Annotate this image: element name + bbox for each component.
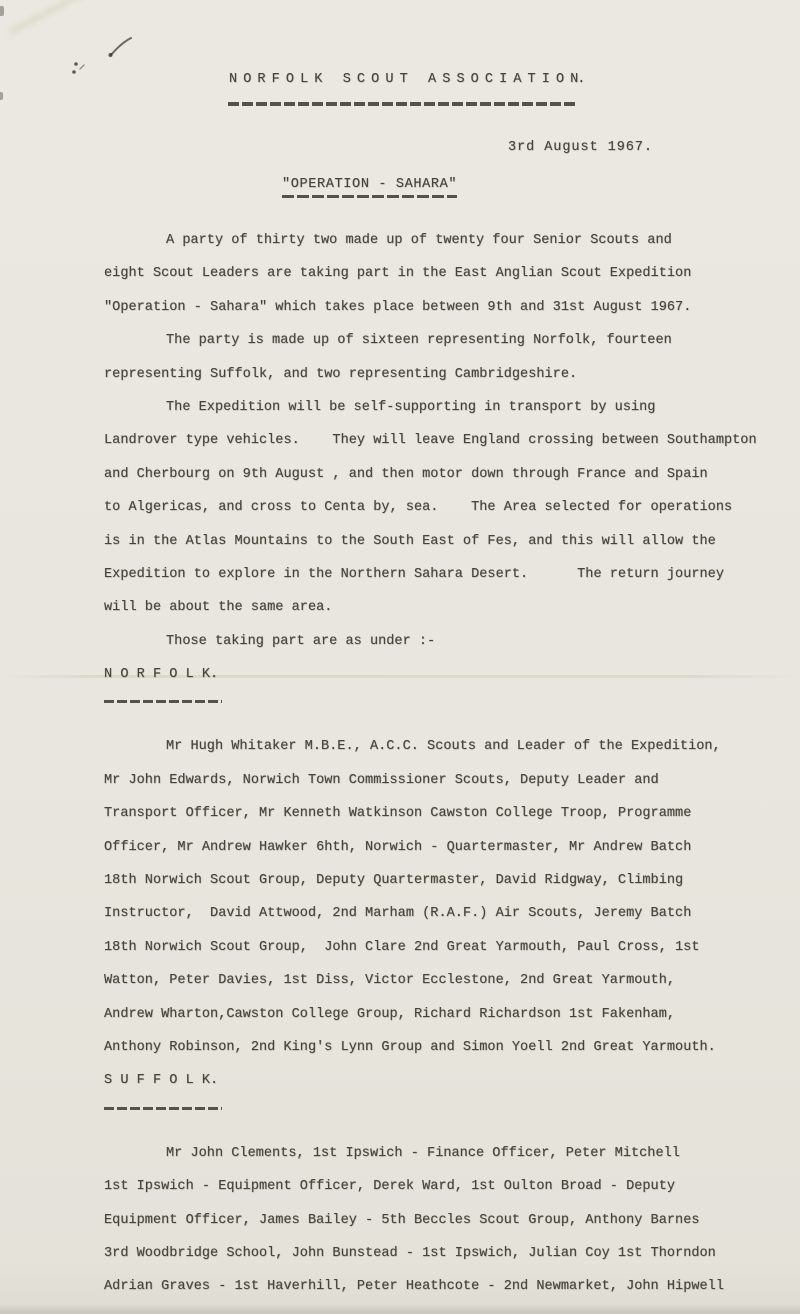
text-line: Adrian Graves - 1st Haverhill, Peter Hea…: [104, 1270, 784, 1303]
text-line: Transport Officer, Mr Kenneth Watkinson …: [104, 797, 784, 830]
text-line: "Operation - Sahara" which takes place b…: [104, 291, 784, 324]
section-heading: N O R F O L K.: [104, 658, 784, 691]
text-line: eight Scout Leaders are taking part in t…: [104, 257, 784, 290]
text-line: The party is made up of sixteen represen…: [104, 324, 784, 357]
text-line: Expedition to explore in the Northern Sa…: [104, 558, 784, 591]
text-line: 18th Norwich Scout Group, Deputy Quarter…: [104, 864, 784, 897]
text-line: The Expedition will be self-supporting i…: [104, 391, 784, 424]
typed-underline-dashes: [104, 700, 222, 703]
text-line: Andrew Wharton,Cawston College Group, Ri…: [104, 998, 784, 1031]
scan-edge-mark: [0, 6, 4, 16]
text-line: Landrover type vehicles. They will leave…: [104, 424, 784, 457]
text-line: Instructor, David Attwood, 2nd Marham (R…: [104, 897, 784, 930]
text-line: 3rd Woodbridge School, John Bunstead - 1…: [104, 1237, 784, 1270]
text-line: Mr John Clements, 1st Ipswich - Finance …: [104, 1137, 784, 1170]
title-underline: [228, 102, 576, 106]
text-line: Officer, Mr Andrew Hawker 6hth, Norwich …: [104, 831, 784, 864]
page-bottom-shadow: [0, 1304, 800, 1314]
text-line: 1st Ipswich - Equipment Officer, Derek W…: [104, 1170, 784, 1203]
text-line: will be about the same area.: [104, 591, 784, 624]
text-line: is in the Atlas Mountains to the South E…: [104, 525, 784, 558]
scan-edge-mark: [0, 92, 3, 100]
text-line: representing Suffolk, and two representi…: [104, 358, 784, 391]
text-line: Mr Hugh Whitaker M.B.E., A.C.C. Scouts a…: [104, 730, 784, 763]
text-line: and Cherbourg on 9th August , and then m…: [104, 458, 784, 491]
document-page: N O R F O L K S C O U T A S S O C I A T …: [0, 0, 800, 1314]
section-heading: S U F F O L K.: [104, 1064, 784, 1097]
document-date: 3rd August 1967.: [508, 140, 653, 155]
text-line: Watton, Peter Davies, 1st Diss, Victor E…: [104, 964, 784, 997]
typed-underline-dashes: [104, 1107, 222, 1110]
text-line: 18th Norwich Scout Group, John Clare 2nd…: [104, 931, 784, 964]
typed-underline: [104, 1107, 784, 1137]
text-line: Mr John Edwards, Norwich Town Commission…: [104, 764, 784, 797]
text-line: Anthony Robinson, 2nd King's Lynn Group …: [104, 1031, 784, 1064]
document-title: N O R F O L K S C O U T A S S O C I A T …: [229, 72, 584, 87]
text-line: to Algericas, and cross to Centa by, sea…: [104, 491, 784, 524]
pencil-tick-icon: [107, 36, 135, 63]
diagonal-paper-crease: [8, 0, 179, 35]
text-line: A party of thirty two made up of twenty …: [104, 224, 784, 257]
text-line: Those taking part are as under :-: [104, 625, 784, 658]
document-subtitle: "OPERATION - SAHARA": [282, 177, 457, 198]
document-body: A party of thirty two made up of twenty …: [104, 224, 784, 1304]
pencil-dots-icon: [70, 60, 90, 85]
text-line: Equipment Officer, James Bailey - 5th Be…: [104, 1204, 784, 1237]
typed-underline: [104, 700, 784, 730]
